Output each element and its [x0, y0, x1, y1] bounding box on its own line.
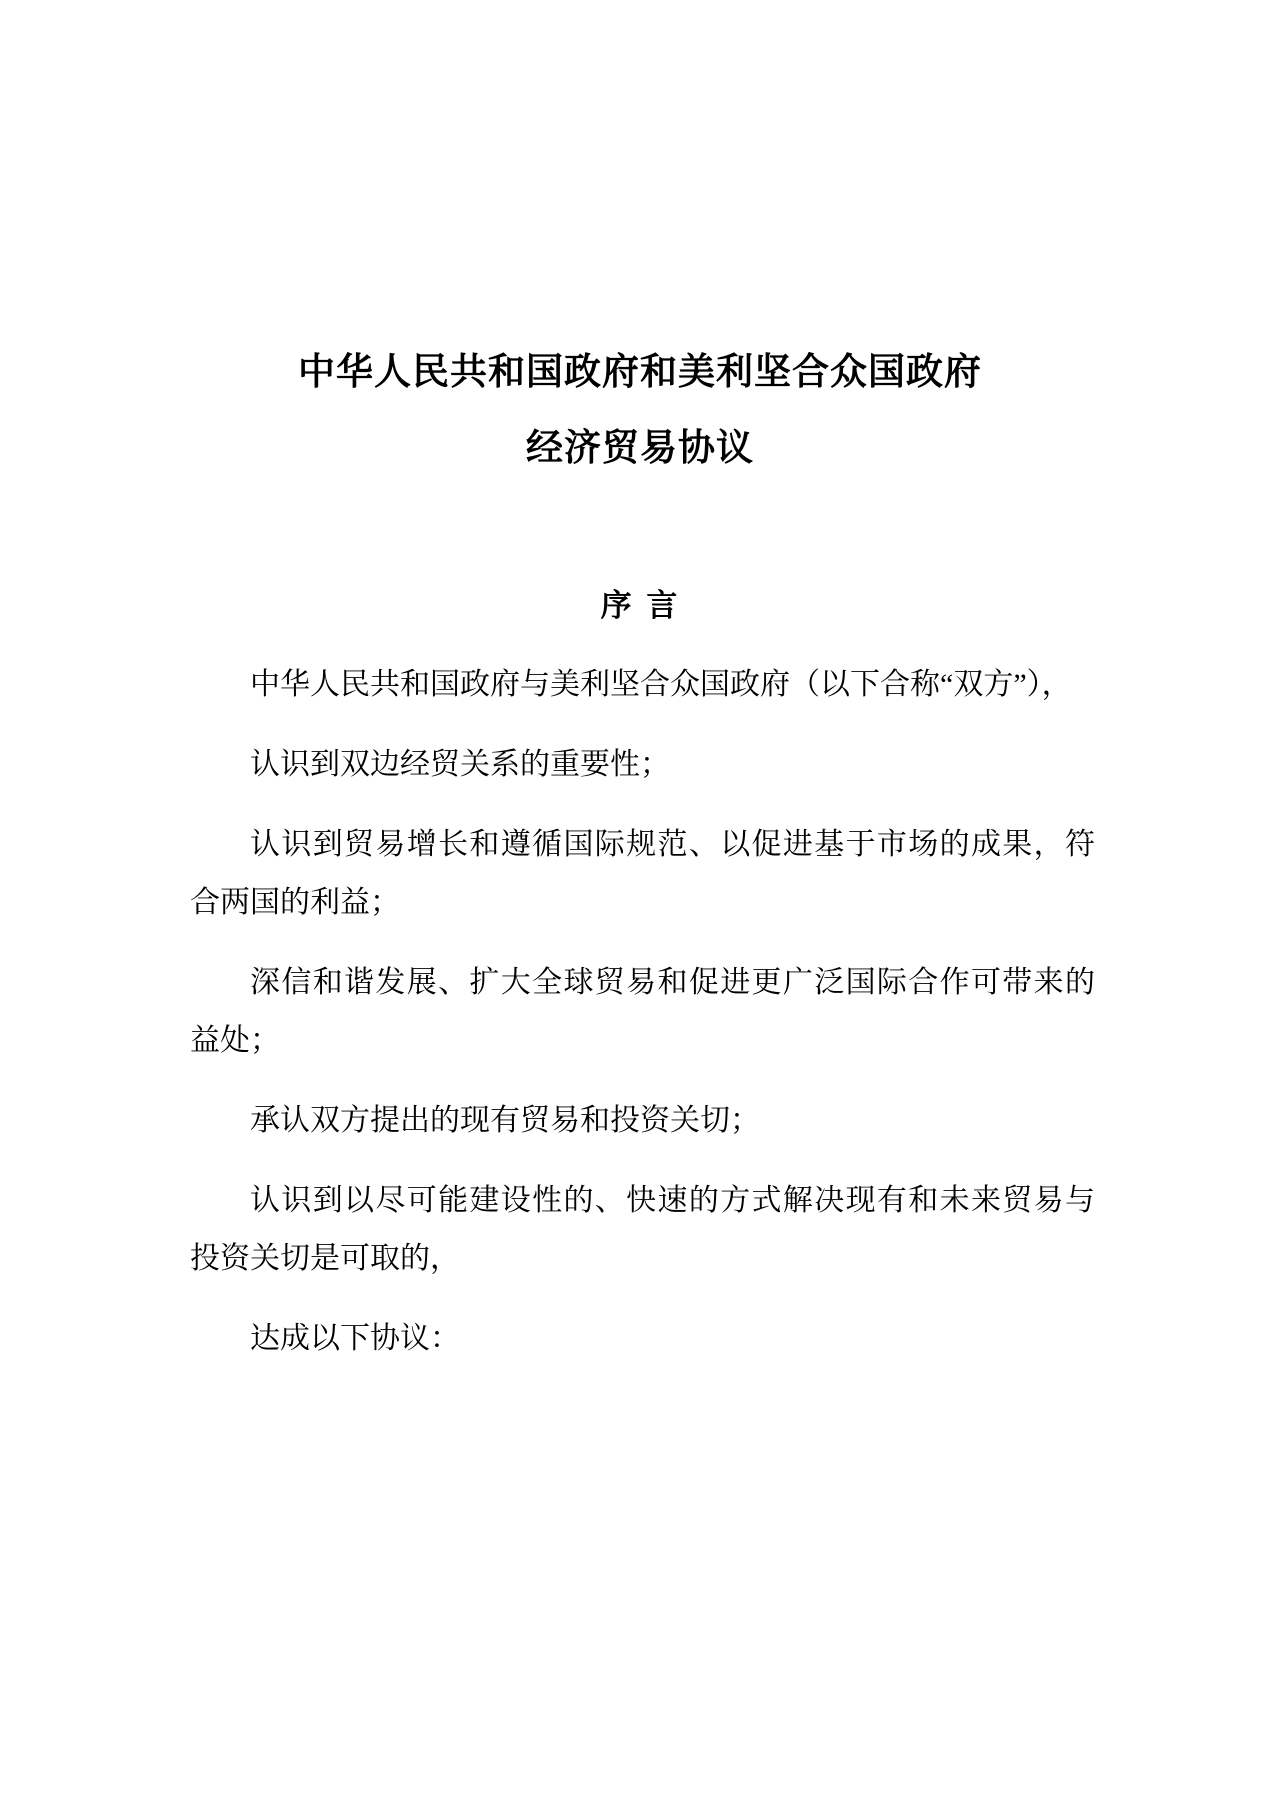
paragraph-line: 深信和谐发展、扩大全球贸易和促进更广泛国际合作可带来的 [190, 954, 1095, 1012]
paragraph-line: 认识到双边经贸关系的重要性； [190, 736, 1095, 794]
paragraph-line: 达成以下协议： [190, 1310, 1095, 1368]
document-title-line-2: 经济贸易协议 [0, 410, 1280, 486]
document-title-line-1: 中华人民共和国政府和美利坚合众国政府 [0, 334, 1280, 410]
paragraph-line: 中华人民共和国政府与美利坚合众国政府（以下合称“双方”）， [190, 656, 1095, 714]
paragraph-1: 中华人民共和国政府与美利坚合众国政府（以下合称“双方”）， [190, 656, 1095, 714]
document-page: 中华人民共和国政府和美利坚合众国政府 经济贸易协议 序 言 中华人民共和国政府与… [0, 0, 1280, 1810]
paragraph-line: 益处； [190, 1012, 1095, 1070]
paragraph-7: 达成以下协议： [190, 1310, 1095, 1368]
document-title: 中华人民共和国政府和美利坚合众国政府 经济贸易协议 [0, 0, 1280, 486]
preamble-heading: 序 言 [0, 486, 1280, 623]
paragraph-line: 投资关切是可取的， [190, 1230, 1095, 1288]
document-body: 中华人民共和国政府与美利坚合众国政府（以下合称“双方”）， 认识到双边经贸关系的… [0, 623, 1280, 1368]
paragraph-line: 合两国的利益； [190, 874, 1095, 932]
paragraph-5: 承认双方提出的现有贸易和投资关切； [190, 1092, 1095, 1150]
paragraph-line: 承认双方提出的现有贸易和投资关切； [190, 1092, 1095, 1150]
paragraph-2: 认识到双边经贸关系的重要性； [190, 736, 1095, 794]
paragraph-3: 认识到贸易增长和遵循国际规范、以促进基于市场的成果，符 合两国的利益； [190, 816, 1095, 932]
paragraph-line: 认识到贸易增长和遵循国际规范、以促进基于市场的成果，符 [190, 816, 1095, 874]
paragraph-6: 认识到以尽可能建设性的、快速的方式解决现有和未来贸易与 投资关切是可取的， [190, 1172, 1095, 1288]
paragraph-line: 认识到以尽可能建设性的、快速的方式解决现有和未来贸易与 [190, 1172, 1095, 1230]
paragraph-4: 深信和谐发展、扩大全球贸易和促进更广泛国际合作可带来的 益处； [190, 954, 1095, 1070]
